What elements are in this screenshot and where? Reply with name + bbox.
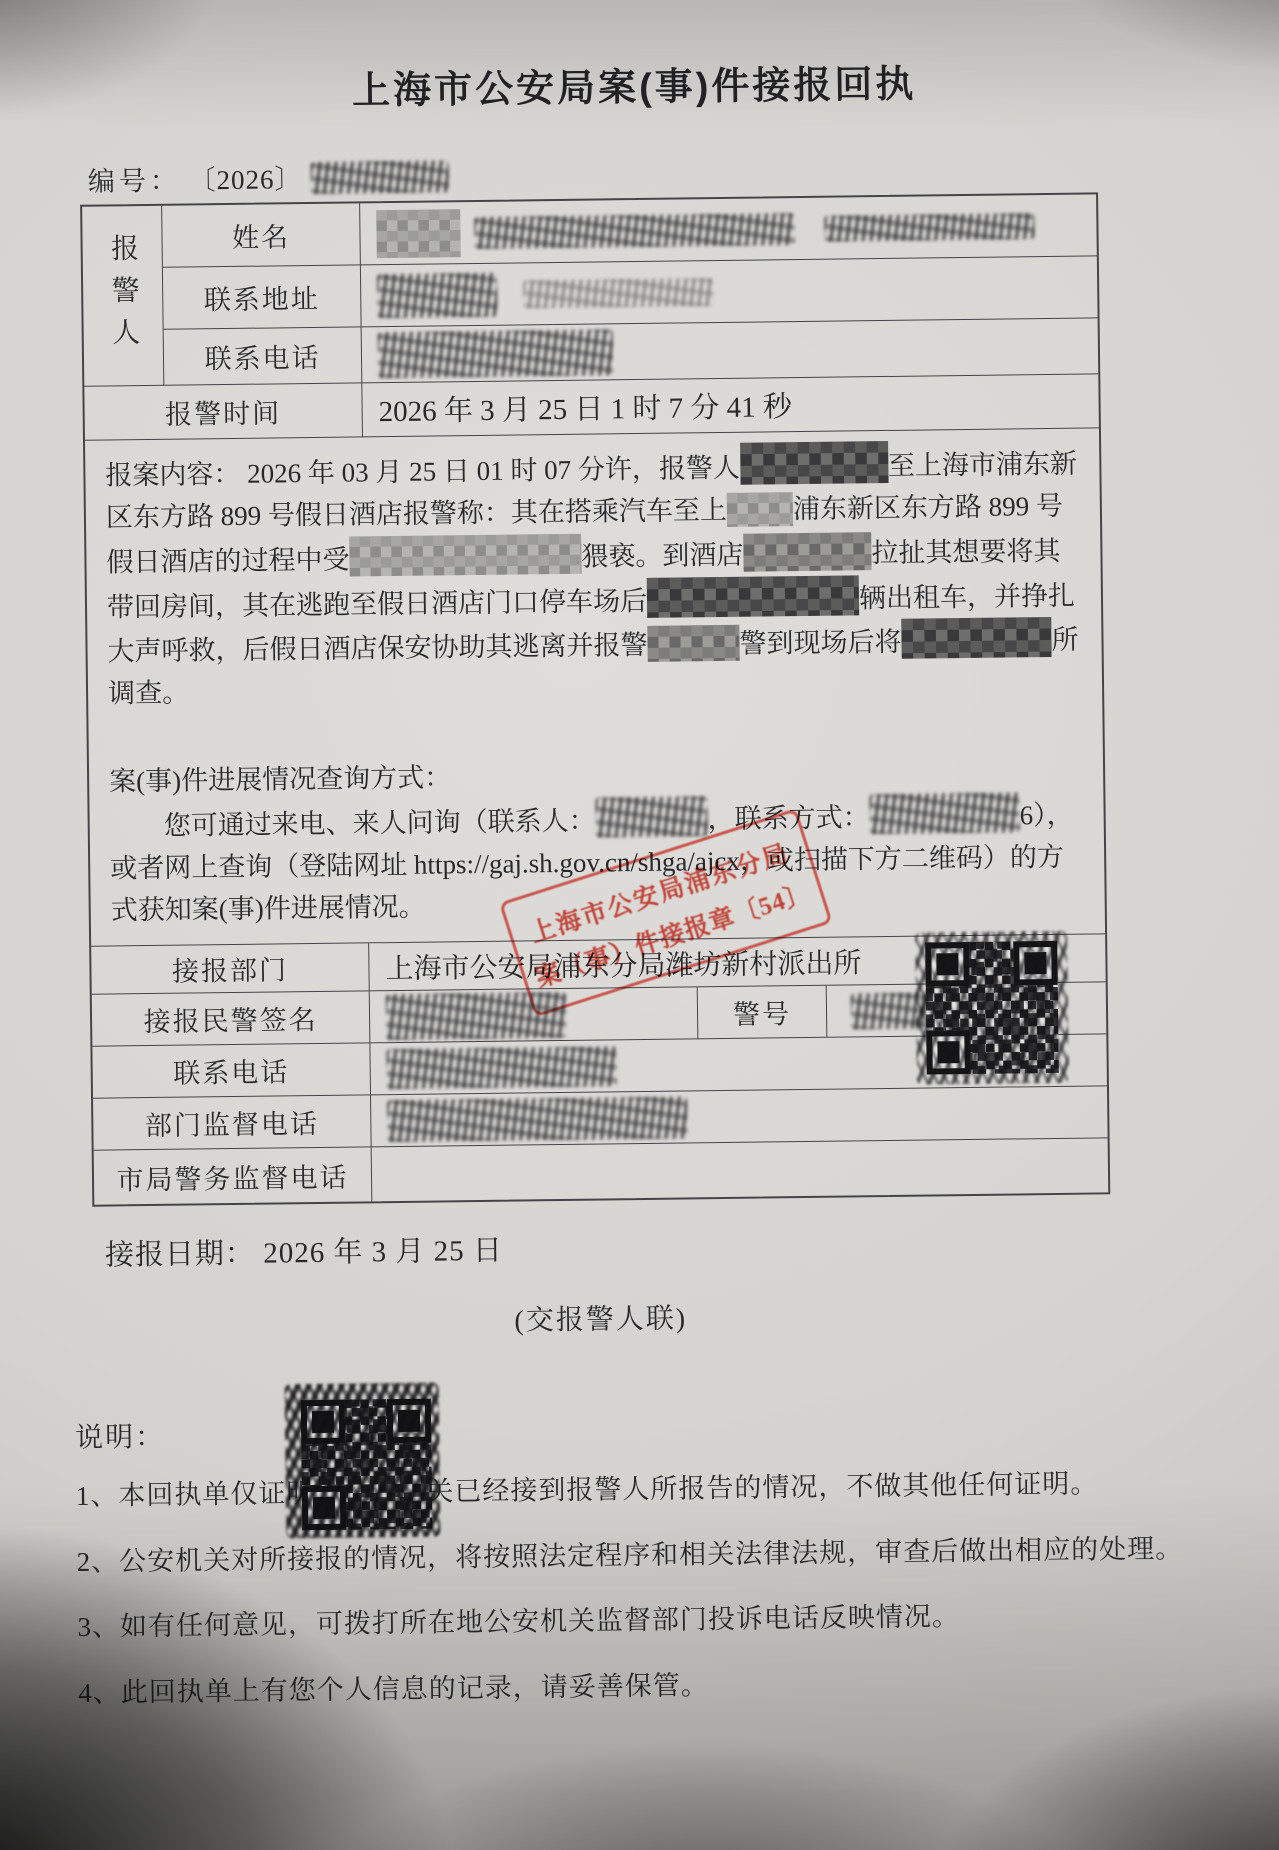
content-redaction-5 xyxy=(647,575,859,618)
city-supervise-label: 市局警务监督电话 xyxy=(116,1156,348,1198)
lower-phone-redaction xyxy=(386,1046,616,1089)
receive-date-row: 接报日期： 2026 年 3 月 25 日 xyxy=(105,1219,1279,1274)
document-number-row: 编号： 〔2026〕 xyxy=(88,145,1275,198)
photo-background: 上海市公安局案(事)件接报回执 编号： 〔2026〕 报警人 姓名 联系地址 xyxy=(0,0,1279,1850)
query-contact-redaction xyxy=(595,796,707,837)
reporter-group-cell: 报警人 xyxy=(82,206,164,387)
address-redaction-2 xyxy=(523,278,713,308)
notes-section: 说明： 1、本回执单仅证明本公安机关已经接到报警人所报告的情况，不做其他任何证明… xyxy=(75,1404,1279,1714)
address-redaction xyxy=(377,272,498,317)
report-time-label-cell: 报警时间 xyxy=(84,383,363,440)
name-redaction xyxy=(474,213,794,249)
officer-label-cell: 接报民警签名 xyxy=(92,992,371,1047)
document-title: 上海市公安局案(事)件接报回执 xyxy=(0,48,1274,119)
name-value-cell xyxy=(360,194,1097,265)
phone-value-cell xyxy=(362,318,1099,383)
qr-scribble-overlay xyxy=(915,931,1069,1085)
report-time-value: 2026 年 3 月 25 日 1 时 7 分 41 秒 xyxy=(378,384,792,430)
badge-label: 警号 xyxy=(733,993,791,1033)
dept-label: 接报部门 xyxy=(172,949,288,989)
content-redaction-1 xyxy=(740,441,889,485)
dept-supervise-redaction xyxy=(387,1096,687,1142)
content-redaction-2 xyxy=(727,492,793,527)
note-item: 4、此回执单上有您个人信息的记录，请妥善保管。 xyxy=(78,1658,1279,1713)
dept-label-cell: 接报部门 xyxy=(91,944,370,995)
qr-scribble-overlay xyxy=(285,1383,441,1539)
copy-note: (交报警人联) xyxy=(94,1292,1108,1344)
query-seg: 您可通过来电、来人问询（联系人： xyxy=(164,805,596,840)
lower-phone-label-cell: 联系电话 xyxy=(92,1044,371,1099)
name-redaction-2 xyxy=(824,213,1034,242)
phone-redaction xyxy=(378,329,614,378)
address-value-cell xyxy=(361,256,1098,327)
qr-code-bottom xyxy=(301,1399,433,1531)
dept-supervise-value-cell xyxy=(371,1087,1108,1148)
query-seg: 6 xyxy=(1019,800,1033,830)
notes-heading: 说明： xyxy=(75,1404,1279,1461)
report-time-label: 报警时间 xyxy=(165,391,281,431)
content-redaction-3 xyxy=(349,533,581,576)
receive-date-value: 2026 年 3 月 25 日 xyxy=(263,1235,503,1270)
content-seg: 报案内容： 2026 年 03 月 25 日 01 时 07 分许，报警人 xyxy=(105,453,740,491)
city-supervise-value-cell xyxy=(372,1139,1109,1202)
content-redaction-7 xyxy=(901,617,1051,659)
officer-label: 接报民警签名 xyxy=(143,998,317,1039)
report-content-paragraph: 报案内容： 2026 年 03 月 25 日 01 时 07 分许，报警人至上海… xyxy=(105,439,1082,716)
badge-label-cell: 警号 xyxy=(697,986,828,1039)
content-seg: 猥亵。到酒店 xyxy=(581,539,743,571)
dept-supervise-label-cell: 部门监督电话 xyxy=(93,1096,372,1151)
name-redaction-block xyxy=(376,209,461,258)
receipt-document: 上海市公安局案(事)件接报回执 编号： 〔2026〕 报警人 姓名 联系地址 xyxy=(0,0,1279,1739)
content-redaction-6 xyxy=(647,625,739,662)
receive-date-label: 接报日期： xyxy=(105,1238,255,1272)
address-label: 联系地址 xyxy=(204,277,320,317)
query-phone-redaction xyxy=(869,792,1019,834)
number-redaction xyxy=(310,160,448,194)
name-label-cell: 姓名 xyxy=(162,203,361,267)
lower-phone-label: 联系电话 xyxy=(173,1051,289,1091)
phone-label: 联系电话 xyxy=(204,336,320,376)
note-item: 3、如有任何意见，可拨打所在地公安机关监督部门投诉电话反映情况。 xyxy=(77,1593,1279,1648)
address-label-cell: 联系地址 xyxy=(163,265,362,329)
report-time-value-cell: 2026 年 3 月 25 日 1 时 7 分 41 秒 xyxy=(362,374,1099,437)
content-seg: 警到现场后将 xyxy=(739,627,901,659)
name-label: 姓名 xyxy=(232,215,290,255)
dept-supervise-label: 部门监督电话 xyxy=(145,1102,319,1143)
qr-code xyxy=(925,941,1059,1075)
content-redaction-4 xyxy=(743,532,871,572)
phone-label-cell: 联系电话 xyxy=(164,327,363,385)
reporter-group-label: 报警人 xyxy=(102,233,144,359)
city-supervise-label-cell: 市局警务监督电话 xyxy=(94,1148,373,1205)
note-item: 2、公安机关对所接报的情况，将按照法定程序和相关法律法规，审查后做出相应的处理。 xyxy=(76,1527,1279,1582)
number-value: 〔2026〕 xyxy=(188,164,302,195)
report-content-cell: 报案内容： 2026 年 03 月 25 日 01 时 07 分许，报警人至上海… xyxy=(85,428,1105,947)
number-label: 编号： xyxy=(88,166,181,197)
note-item: 1、本回执单仅证明本公安机关已经接到报警人所报告的情况，不做其他任何证明。 xyxy=(76,1462,1279,1517)
